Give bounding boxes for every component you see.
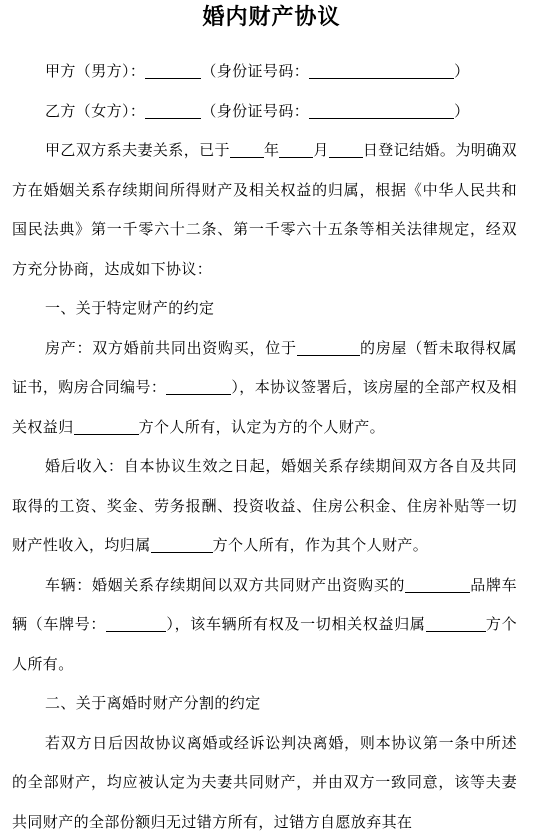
close-paren: ） — [454, 62, 469, 80]
intro-text: 甲乙双方系夫妻关系，已于 — [45, 141, 230, 159]
income-owner-field[interactable] — [151, 536, 213, 553]
income-text: 方个人所有，作为其个人财产。 — [213, 536, 429, 554]
party-a-id-field[interactable] — [309, 62, 454, 79]
party-b-name-field[interactable] — [145, 102, 201, 119]
section-2-heading: 二、关于离婚时财产分割的约定 — [12, 684, 517, 724]
party-b-line: 乙方（女方）：（身份证号码：） — [12, 92, 517, 132]
month-label: 月 — [313, 141, 328, 159]
party-a-id-label: （身份证号码： — [201, 62, 309, 80]
party-b-id-label: （身份证号码： — [201, 102, 309, 120]
house-location-field[interactable] — [297, 339, 360, 356]
intro-paragraph: 甲乙双方系夫妻关系，已于年月日登记结婚。为明确双方在婚姻关系存续期间所得财产及相… — [12, 131, 517, 289]
section-1-heading: 一、关于特定财产的约定 — [12, 289, 517, 329]
party-a-label: 甲方（男方）： — [45, 62, 145, 80]
party-a-name-field[interactable] — [145, 62, 201, 79]
vehicle-brand-field[interactable] — [405, 576, 470, 593]
house-text: 房产：双方婚前共同出资购买，位于 — [45, 339, 297, 357]
divorce-paragraph: 若双方日后因故协议离婚或经诉讼判决离婚，则本协议第一条中所述的全部财产，均应被认… — [12, 724, 517, 834]
party-a-line: 甲方（男方）：（身份证号码：） — [12, 52, 517, 92]
party-b-id-field[interactable] — [309, 102, 454, 119]
marriage-month-field[interactable] — [279, 141, 313, 158]
year-label: 年 — [264, 141, 279, 159]
marriage-day-field[interactable] — [329, 141, 363, 158]
plate-number-field[interactable] — [106, 615, 166, 632]
document-body: 甲方（男方）：（身份证号码：） 乙方（女方）：（身份证号码：） 甲乙双方系夫妻关… — [12, 52, 517, 834]
marriage-year-field[interactable] — [230, 141, 264, 158]
intro-text-rest: 日登记结婚。为明确双方在婚姻关系存续期间所得财产及相关权益的归属，根据《中华人民… — [12, 141, 517, 278]
close-paren: ） — [454, 102, 469, 120]
house-text: 方个人所有，认定为方的个人财产。 — [139, 418, 385, 436]
vehicle-paragraph: 车辆：婚姻关系存续期间以双方共同财产出资购买的品牌车辆（车牌号：），该车辆所有权… — [12, 566, 517, 685]
document-title: 婚内财产协议 — [0, 0, 543, 34]
income-paragraph: 婚后收入：自本协议生效之日起，婚姻关系存续期间双方各自及共同取得的工资、奖金、劳… — [12, 447, 517, 566]
house-owner-field[interactable] — [74, 418, 139, 435]
party-b-label: 乙方（女方）： — [45, 102, 145, 120]
vehicle-owner-field[interactable] — [426, 615, 486, 632]
house-paragraph: 房产：双方婚前共同出资购买，位于的房屋（暂未取得权属证书，购房合同编号：），本协… — [12, 329, 517, 448]
vehicle-text: ），该车辆所有权及一切相关权益归属 — [166, 615, 425, 633]
vehicle-text: 车辆：婚姻关系存续期间以双方共同财产出资购买的 — [45, 576, 405, 594]
contract-number-field[interactable] — [166, 378, 231, 395]
